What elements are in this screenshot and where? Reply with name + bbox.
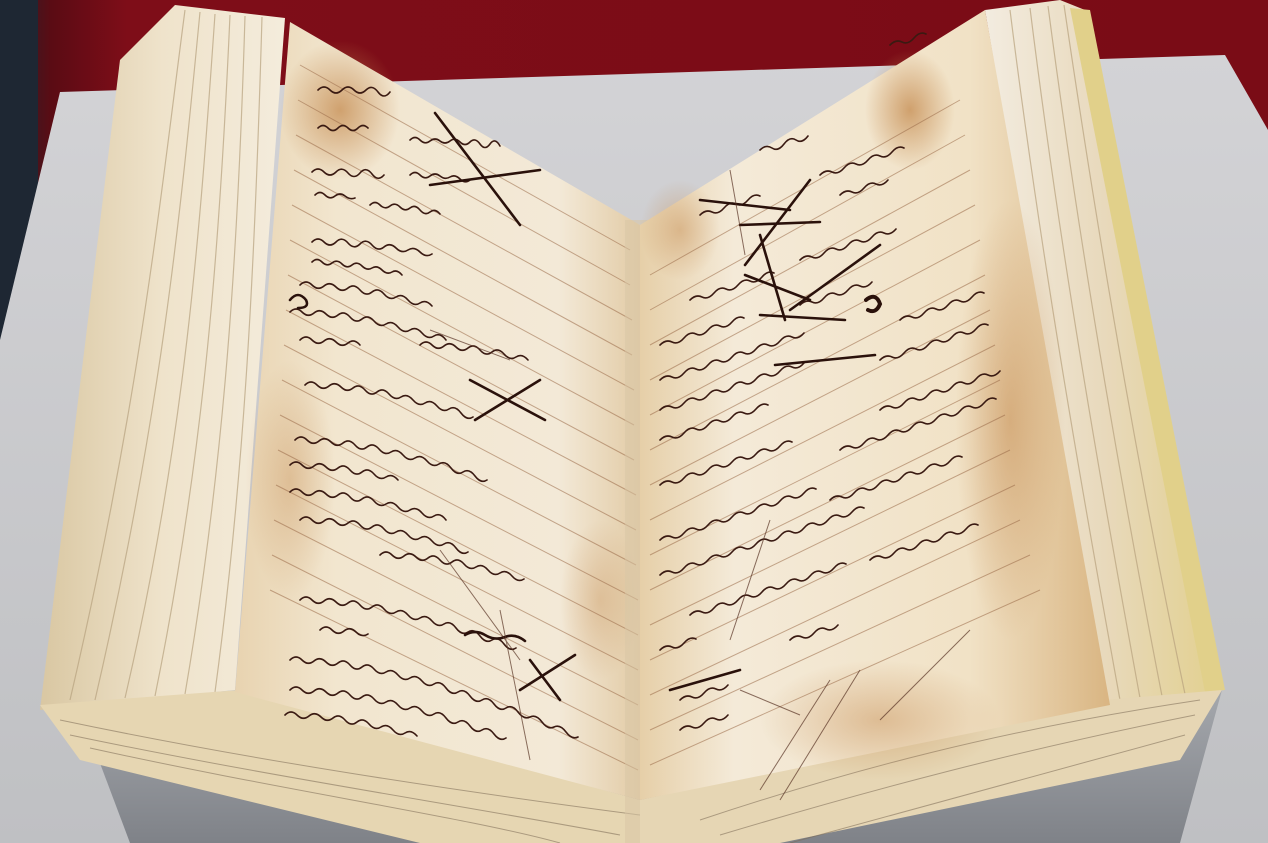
stain [640,180,720,280]
stain [955,200,1065,640]
manuscript-photo [0,0,1268,843]
photo-scene [0,0,1268,843]
